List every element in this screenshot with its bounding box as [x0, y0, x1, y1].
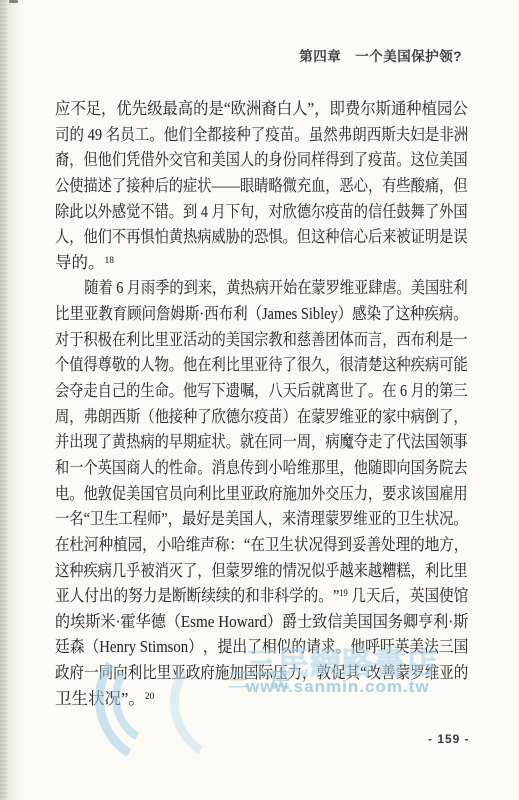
text-line: 和一个英国商人的性命。消息传到小哈维那里，他随即向国务院去 [55, 454, 411, 480]
text-line: 对于积极在利比里亚活动的美国宗教和慈善团体而言，西布利是一 [55, 326, 411, 352]
text-line: 应不足，优先级最高的是“欧洲裔白人”，即费尔斯通种植园公 [55, 95, 439, 121]
text-line: 的埃斯米·霍华德（Esme Howard）爵士致信美国国务卿亨利·斯 [55, 608, 433, 634]
text-line: 人，他们不再惧怕黄热病威胁的恐惧。但这种信心后来被证明是误 [55, 223, 411, 249]
page-number: - 159 - [428, 732, 468, 746]
text-line: 裔，但他们凭借外交官和美国人的身份同样得到了疫苗。这位美国 [55, 146, 411, 172]
text-line: 比里亚教育顾问詹姆斯·西布利（James Sibley）感染了这种疾病。 [55, 300, 416, 326]
text-line: 在杜河种植园，小哈维声称：“在卫生状况得到妥善处理的地方， [55, 531, 419, 557]
text-line: 周，弗朗西斯（他接种了欣德尔疫苗）在蒙罗维亚的家中病倒了， [55, 403, 411, 429]
text-line: 会夺走自己的生命。他写下遗嘱，八天后就离世了。在 6 月的第三 [55, 377, 411, 403]
text-line: 廷森（Henry Stimson），提出了相似的请求。他呼吁英美法三国 [55, 633, 424, 659]
scan-artifact [9, 0, 18, 3]
running-header: 第四章 一个美国保护领? [299, 45, 462, 65]
text-line: 亚人付出的努力是断断续续的和非科学的。”19 几天后，英国使馆 [55, 582, 421, 608]
text-line: 个值得尊敬的人物。他在利比里亚待了很久，很清楚这种疾病可能 [55, 351, 411, 377]
text-line: 导的。18 [55, 249, 468, 275]
text-line: 政府一同向利比里亚政府施加国际压力，敦促其“改善蒙罗维亚的 [55, 659, 419, 685]
text-line: 并出现了黄热病的早期症状。就在同一周，病魔夺走了代法国领事 [55, 428, 411, 454]
text-line: 一名“卫生工程师”，最好是美国人，来清理蒙罗维亚的卫生状况。 [55, 505, 413, 531]
book-page: 第四章 一个美国保护领? 应不足，优先级最高的是“欧洲裔白人”，即费尔斯通种植园… [0, 0, 519, 800]
text-line: 随着 6 月雨季的到来，黄热病开始在蒙罗维亚肆虐。美国驻利 [55, 274, 410, 300]
text-line: 电。他敦促美国官员向利比里亚政府施加外交压力，要求该国雇用 [55, 480, 411, 506]
body-text: 应不足，优先级最高的是“欧洲裔白人”，即费尔斯通种植园公司的 49 名员工。他们… [55, 95, 468, 710]
text-line: 卫生状况”。20 [55, 685, 468, 711]
page-spine-edge [0, 0, 26, 800]
text-line: 司的 49 名员工。他们全都接种了疫苗。虽然弗朗西斯夫妇是非洲 [55, 121, 418, 147]
text-line: 这种疾病几乎被消灭了，但蒙罗维的情况似乎越来越糟糕，利比里 [55, 557, 411, 583]
text-line: 除此以外感觉不错。到 4 月下旬，对欣德尔疫苗的信任鼓舞了外国 [55, 198, 411, 224]
text-line: 公使描述了接种后的症状——眼睛略微充血，恶心，有些酸痛，但 [55, 172, 411, 198]
